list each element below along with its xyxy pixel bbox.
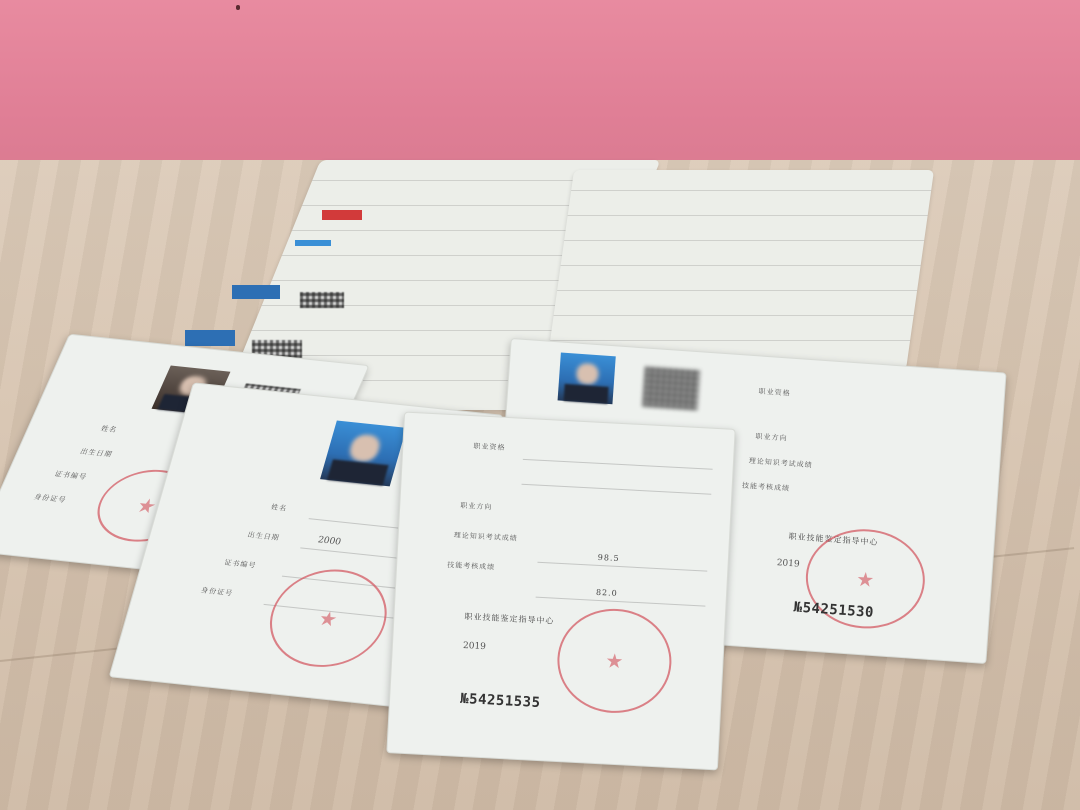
id-photo (320, 421, 406, 487)
theory-score: 98.5 (598, 553, 620, 563)
field-label-dob: 出生日期 (78, 447, 114, 460)
field-label-qualification: 职业资格 (758, 386, 791, 398)
photo-scene: 姓名 出生日期 证书编号 身份证号 职业资格 职业方向 理论知识考试成绩 技能考… (0, 0, 1080, 810)
issue-year: 2019 (776, 558, 800, 570)
field-label-skill: 技能考核成绩 (742, 481, 791, 494)
wall-speck (236, 5, 240, 10)
field-label-name: 姓名 (99, 424, 119, 435)
red-photo-strip (322, 210, 362, 220)
serial-number: №54251535 (460, 691, 541, 711)
birth-year: 2000 (317, 535, 343, 547)
blue-photo-strip (185, 330, 235, 346)
field-label-name: 姓名 (270, 502, 289, 513)
red-seal (258, 564, 399, 673)
certificate-stack-right (546, 170, 934, 370)
field-label-id-no: 身份证号 (32, 492, 68, 505)
field-label-theory: 理论知识考试成绩 (748, 456, 813, 470)
field-label-cert-no: 证书编号 (223, 558, 258, 571)
certificate-front-right-page: 职业资格 职业方向 理论知识考试成绩 98.5 技能考核成绩 82.0 职业技能… (386, 412, 735, 771)
field-label-id-no: 身份证号 (200, 585, 235, 598)
qr-code (300, 292, 344, 308)
field-label-cert-no: 证书编号 (53, 469, 89, 482)
field-label-direction: 职业方向 (460, 501, 492, 513)
red-seal (555, 606, 674, 716)
issue-year: 2019 (463, 641, 486, 652)
qr-code (642, 366, 700, 410)
field-label-skill: 技能考核成绩 (447, 560, 495, 572)
blue-photo-strip (295, 240, 331, 246)
issuer-text: 职业技能鉴定指导中心 (464, 611, 554, 627)
skill-score: 82.0 (596, 588, 618, 598)
id-photo (558, 353, 616, 405)
field-label-dob: 出生日期 (246, 530, 281, 543)
field-label-qualification: 职业资格 (473, 441, 505, 453)
field-label-direction: 职业方向 (755, 431, 788, 443)
field-label-theory: 理论知识考试成绩 (454, 530, 518, 543)
pink-wall (0, 0, 1080, 185)
blue-photo-strip (232, 285, 280, 299)
